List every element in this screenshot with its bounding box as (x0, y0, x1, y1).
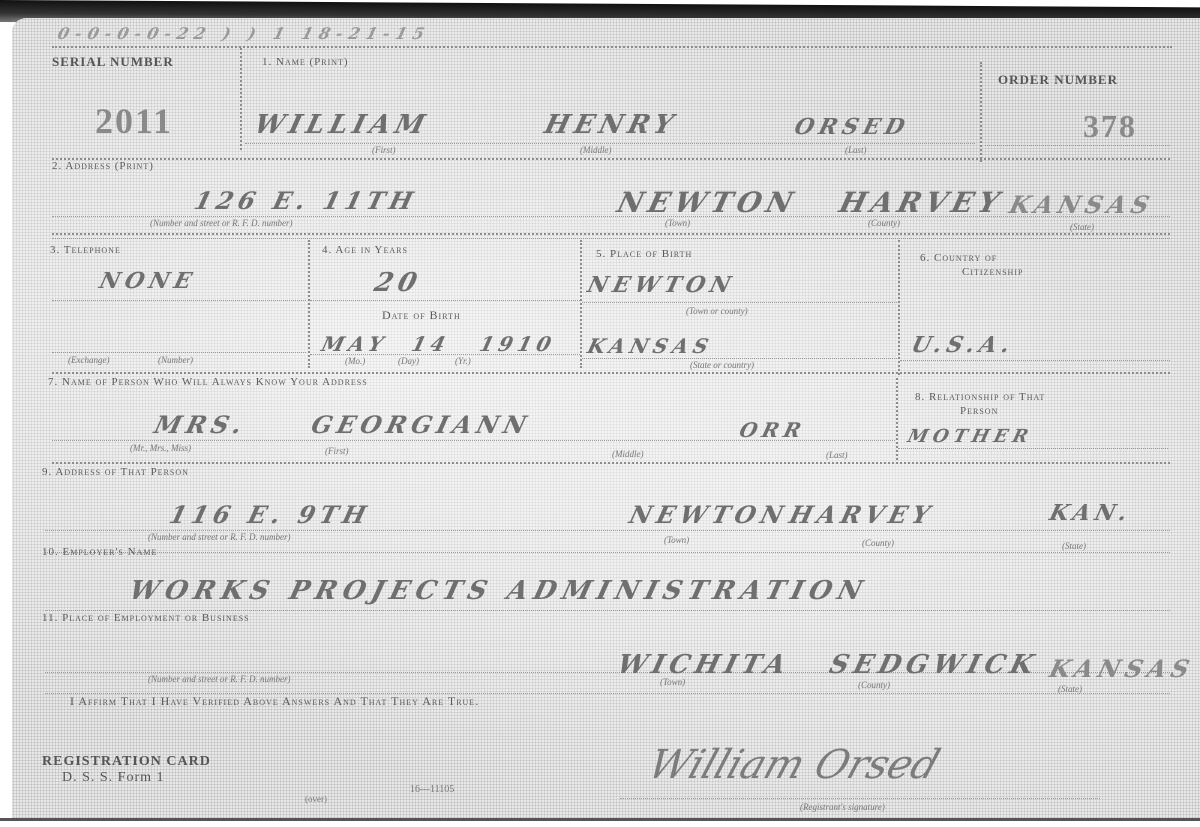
registrant-signature: William Orsed (643, 742, 946, 788)
name-first-value: William (251, 110, 433, 140)
employer-label: 10. Employer's Name (42, 546, 157, 558)
contact-last-value: Orr (737, 418, 809, 442)
town-caption: (Town) (665, 218, 690, 228)
divider (52, 158, 1170, 160)
contact-address-street-value: 116 E. 9th (166, 500, 374, 529)
contact-address-state-value: Kan. (1047, 500, 1135, 526)
contact-first-caption: (First) (325, 446, 349, 456)
birthplace-label: 5. Place of Birth (596, 248, 692, 260)
street-caption: (Number and street or R. F. D. number) (150, 218, 293, 228)
employment-state-caption: (State) (1058, 684, 1082, 694)
employment-label: 11. Place of Employment or Business (42, 612, 250, 624)
divider (308, 240, 310, 368)
divider (240, 48, 242, 150)
relationship-value: Mother (905, 426, 1035, 447)
divider (52, 352, 306, 353)
divider (245, 143, 975, 144)
divider (985, 145, 1170, 146)
divider (52, 233, 1170, 235)
employment-county-value: Sedgwick (826, 650, 1041, 680)
divider (45, 530, 1170, 531)
employment-county-caption: (County) (858, 680, 890, 690)
top-annotation: 0-0-0-0-22 ) ) 1 18-21-15 (56, 24, 433, 43)
telephone-value: None (97, 268, 200, 294)
contact-state-caption: (State) (1062, 541, 1086, 551)
contact-address-label: 9. Address of That Person (42, 466, 189, 478)
employment-town-value: Wichita (614, 650, 793, 680)
divider (52, 300, 306, 301)
divider (52, 216, 1170, 217)
first-caption: (First) (372, 145, 396, 155)
relationship-label: 8. Relationship of That (915, 391, 1045, 403)
name-last-value: Orsed (792, 114, 913, 140)
birthplace-state-caption: (State or country) (690, 360, 754, 370)
birthplace-state-value: Kansas (585, 334, 716, 358)
contact-town-caption: (Town) (664, 535, 689, 545)
address-county-value: Harvey (836, 186, 1008, 219)
age-label: 4. Age in Years (322, 244, 408, 256)
employer-value: Works Projects Administration (126, 576, 871, 606)
birthplace-town-caption: (Town or county) (686, 306, 748, 316)
order-number-value: 378 (1083, 108, 1137, 145)
divider (900, 360, 1170, 361)
last-caption: (Last) (845, 145, 867, 155)
birthplace-town-value: Newton (585, 272, 739, 298)
relationship-label-2: Person (960, 405, 998, 417)
serial-number-label: SERIAL NUMBER (52, 54, 174, 70)
divider (52, 46, 1172, 48)
divider (580, 240, 582, 368)
employment-street-caption: (Number and street or R. F. D. number) (148, 674, 291, 684)
divider (52, 462, 1170, 464)
employment-state-value: Kansas (1046, 654, 1197, 683)
contact-address-town-value: Newton (626, 500, 791, 529)
divider (898, 448, 1168, 449)
divider (896, 378, 898, 464)
month-caption: (Mo.) (345, 356, 365, 366)
citizenship-label: 6. Country of (920, 252, 997, 264)
contact-street-caption: (Number and street or R. F. D. number) (148, 532, 291, 542)
dob-day-value: 14 (409, 332, 453, 356)
dob-label: Date of Birth (382, 308, 461, 323)
signature-line (620, 798, 1100, 799)
address-state-value: Kansas (1006, 190, 1157, 219)
exchange-caption: (Exchange) (68, 355, 109, 365)
card-bottom-edge (0, 818, 1200, 821)
divider (582, 302, 897, 303)
telephone-label: 3. Telephone (50, 244, 121, 256)
printer-code: 16—11105 (410, 784, 454, 795)
number-caption: (Number) (158, 355, 193, 365)
divider (980, 62, 982, 162)
state-caption: (State) (1070, 222, 1094, 232)
contact-county-caption: (County) (862, 538, 894, 548)
signature-caption: (Registrant's signature) (800, 802, 885, 812)
dob-year-value: 1910 (477, 332, 559, 356)
divider (582, 358, 897, 359)
address-label: 2. Address (Print) (52, 160, 154, 172)
order-number-label: ORDER NUMBER (998, 72, 1118, 88)
name-label: 1. Name (Print) (262, 56, 349, 68)
divider (52, 238, 1170, 239)
name-middle-value: Henry (541, 110, 681, 140)
age-value: 20 (371, 268, 425, 298)
title-caption: (Mr., Mrs., Miss) (130, 443, 191, 453)
contact-last-caption: (Last) (826, 450, 848, 460)
contact-title-value: Mrs. (151, 410, 250, 439)
serial-number-value: 2011 (95, 100, 173, 142)
day-caption: (Day) (398, 356, 419, 366)
divider (898, 240, 900, 375)
contact-middle-caption: (Middle) (612, 449, 644, 459)
affirmation-text: I Affirm That I Have Verified Above Answ… (70, 694, 479, 709)
employment-town-caption: (Town) (660, 677, 685, 687)
citizenship-value: U.S.A. (909, 332, 1018, 358)
contact-address-county-value: Harvey (786, 500, 938, 529)
address-town-value: Newton (614, 186, 801, 219)
form-title: REGISTRATION CARD (42, 754, 211, 770)
county-caption: (County) (868, 218, 900, 228)
address-street-value: 126 E. 11th (191, 186, 421, 215)
form-subtitle: D. S. S. Form 1 (62, 770, 165, 786)
contact-label: 7. Name of Person Who Will Always Know Y… (48, 376, 368, 388)
divider (52, 372, 1170, 374)
dob-month-value: May (319, 332, 391, 356)
printer-mark: (over) (305, 794, 327, 804)
divider (45, 552, 1170, 553)
middle-caption: (Middle) (580, 145, 612, 155)
divider (310, 300, 580, 301)
year-caption: (Yr.) (455, 356, 471, 366)
divider (45, 610, 1170, 611)
contact-first-value: Georgiann (308, 410, 534, 439)
citizenship-label-2: Citizenship (962, 266, 1023, 278)
